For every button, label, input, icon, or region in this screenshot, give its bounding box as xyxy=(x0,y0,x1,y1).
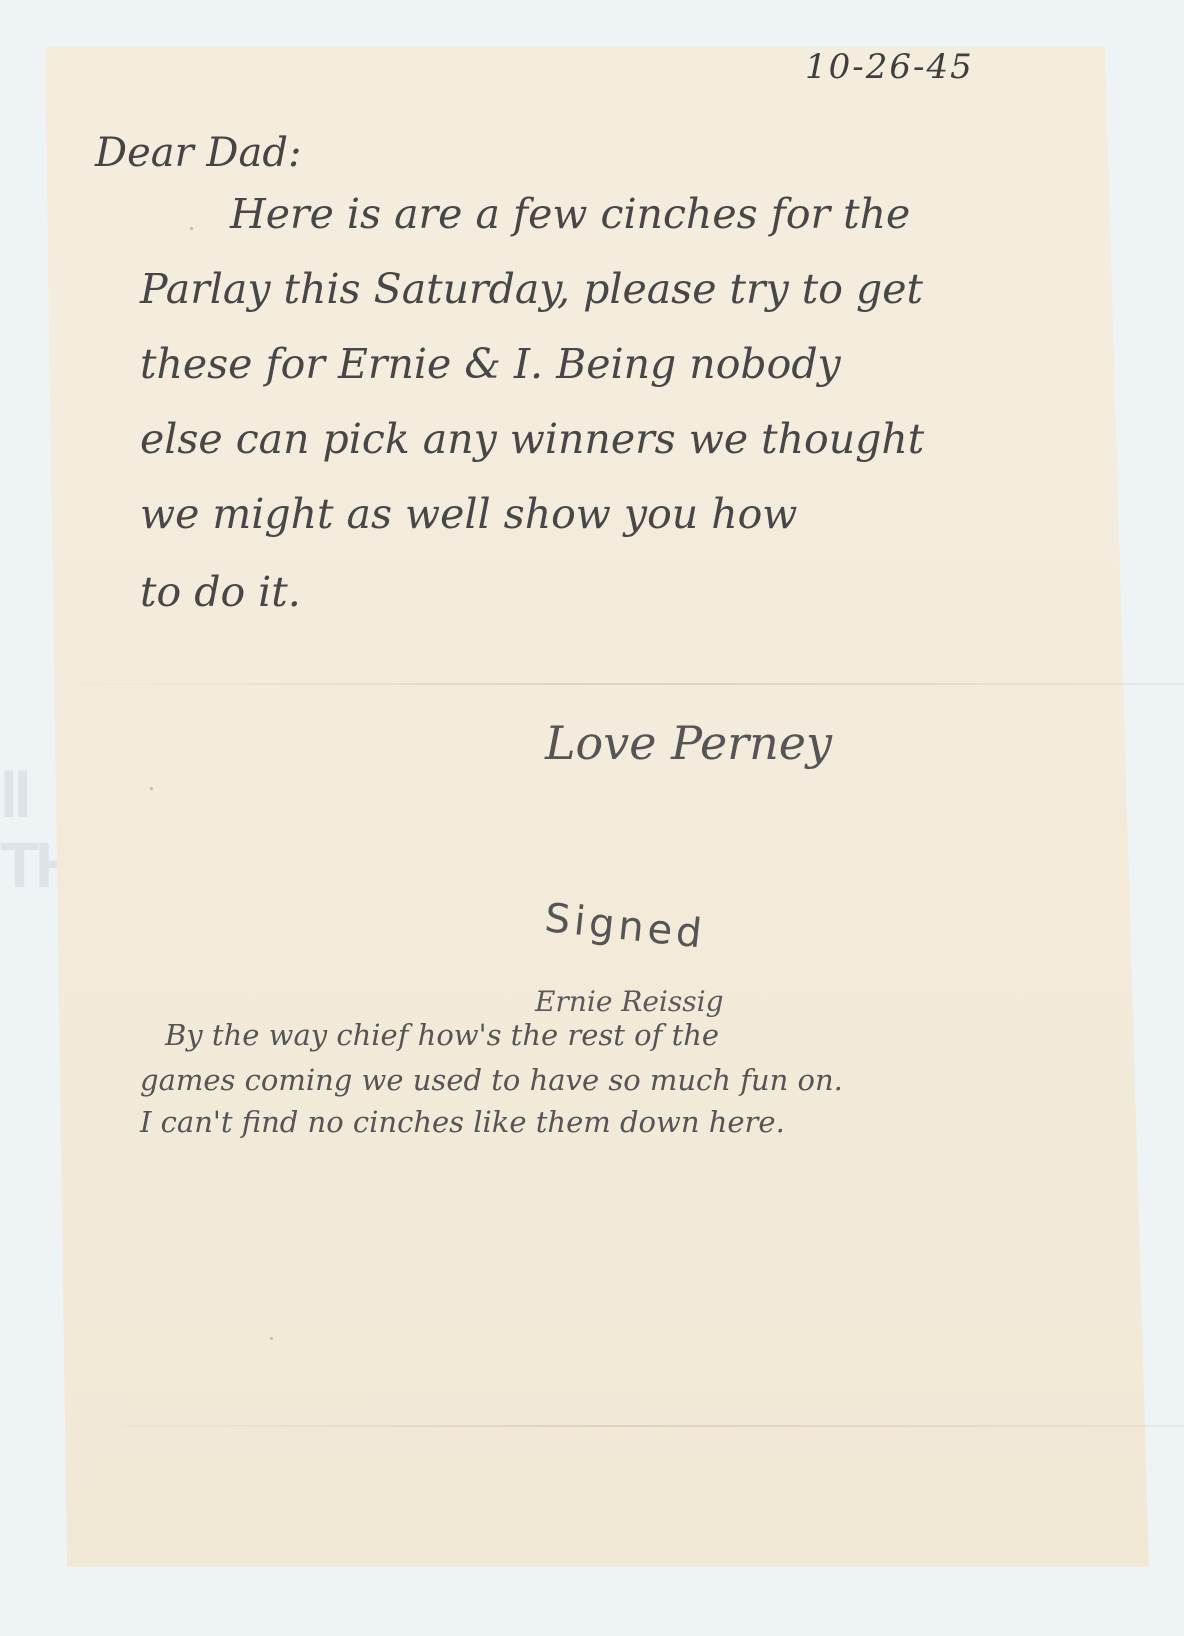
letter-date: 10-26-45 xyxy=(805,47,974,87)
paper-speck xyxy=(270,1337,273,1340)
signer-name: Ernie Reissig xyxy=(535,985,724,1018)
body-line-3: these for Ernie & I. Being nobody xyxy=(140,340,841,388)
body-line-4: else can pick any winners we thought xyxy=(140,415,924,463)
salutation: Dear Dad: xyxy=(95,130,301,176)
fold-line xyxy=(45,683,1184,685)
fold-line xyxy=(45,1425,1184,1427)
body-line-1: Here is are a few cinches for the xyxy=(230,190,910,238)
postscript-line-3: I can't find no cinches like them down h… xyxy=(140,1105,785,1139)
postscript-line-1: By the way chief how's the rest of the xyxy=(165,1018,719,1052)
closing-signature: Love Perney xyxy=(545,716,832,770)
body-line-6: to do it. xyxy=(140,568,301,616)
body-line-5: we might as well show you how xyxy=(140,490,797,538)
postscript-line-2: games coming we used to have so much fun… xyxy=(140,1063,843,1097)
body-line-2: Parlay this Saturday, please try to get xyxy=(140,265,923,313)
paper-speck xyxy=(190,227,193,230)
paper-speck xyxy=(150,787,153,790)
